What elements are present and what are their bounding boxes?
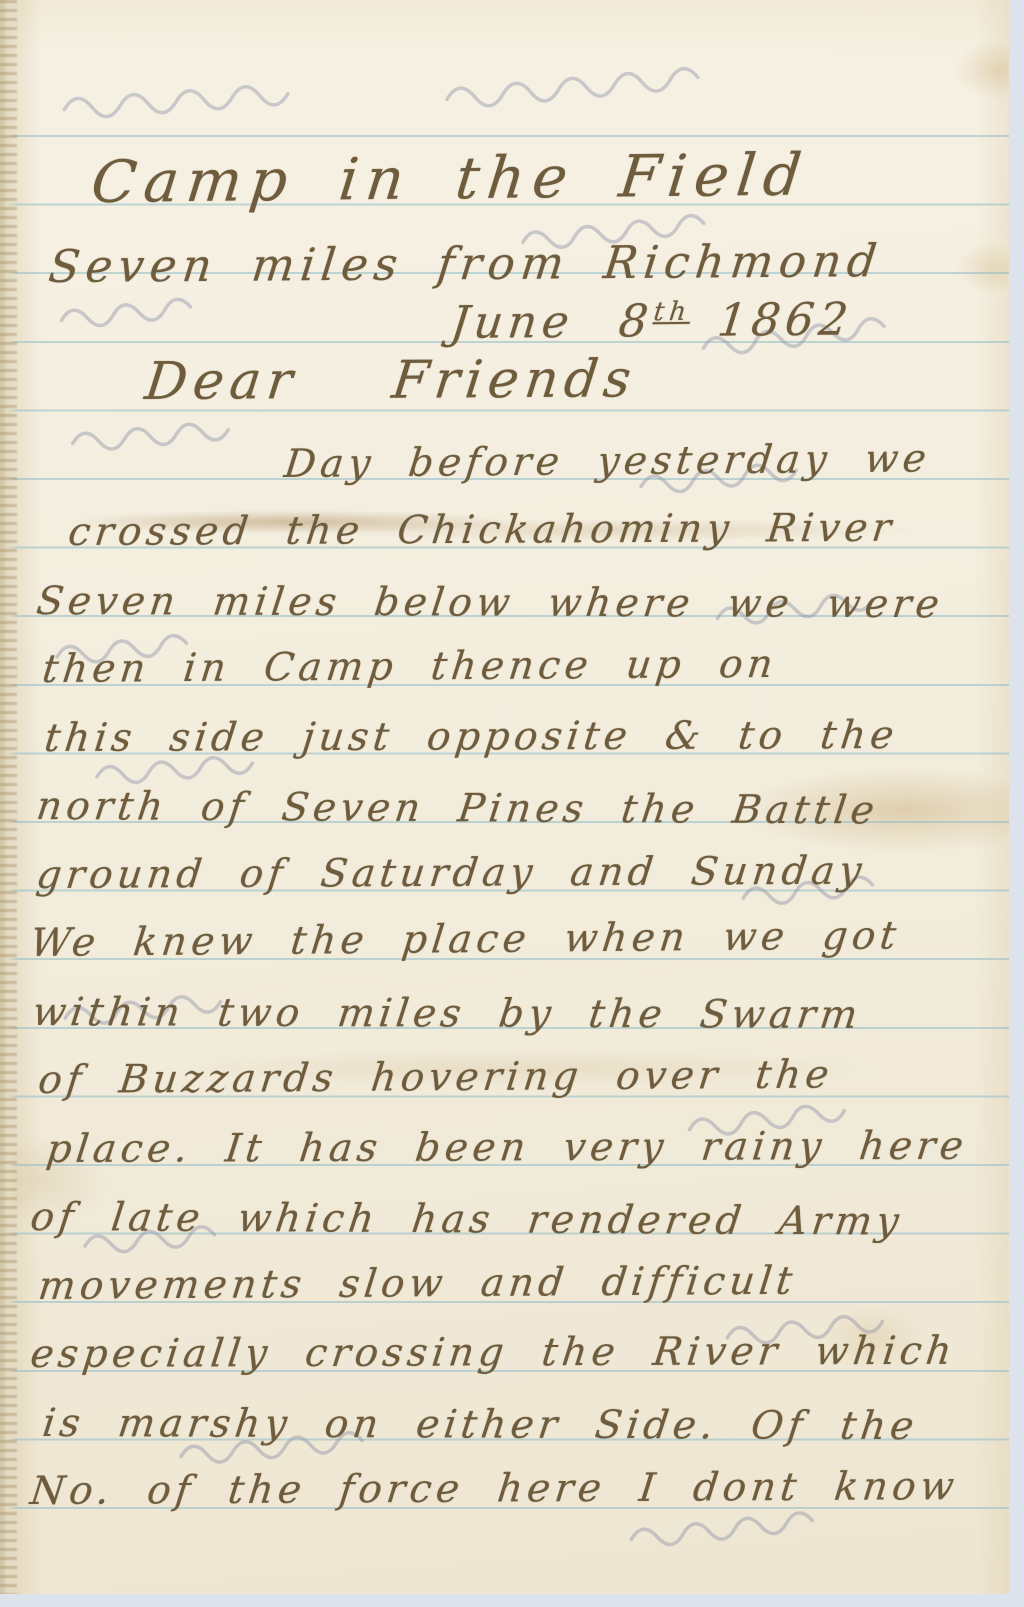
body-line: of late which has rendered Army	[28, 1195, 906, 1245]
body-line: then in Camp thence up on	[40, 642, 780, 692]
letter-dateline: June 8th 1862	[448, 293, 856, 349]
letter-heading-place: Camp in the Field	[88, 141, 813, 216]
body-line: this side just opposite & to the	[42, 713, 901, 761]
date-ordinal-suffix: th	[652, 297, 693, 327]
date-month-day: June 8	[448, 294, 656, 349]
letter-paper: Camp in the Field Seven miles from Richm…	[0, 0, 1009, 1594]
body-line: Seven miles below where we were	[34, 579, 946, 627]
body-line: within two miles by the Swarm	[30, 990, 864, 1038]
body-line: crossed the Chickahominy River	[66, 506, 898, 555]
torn-left-edge	[0, 0, 17, 1594]
body-line: No. of the force here I dont know	[28, 1464, 961, 1514]
body-line: of Buzzards hovering over the	[36, 1052, 836, 1103]
body-line: ground of Saturday and Sunday	[34, 849, 868, 898]
letter-heading-distance: Seven miles from Richmond	[46, 234, 885, 293]
body-line: We knew the place when we got	[28, 913, 903, 966]
body-line: especially crossing the River which	[28, 1329, 958, 1377]
date-year: 1862	[715, 293, 856, 347]
body-line: movements slow and difficult	[36, 1259, 799, 1309]
letter-text: Camp in the Field Seven miles from Richm…	[0, 0, 1009, 1594]
body-line: Day before yesterday we	[282, 436, 933, 487]
letter-salutation: Dear Friends	[142, 349, 640, 412]
body-line: north of Seven Pines the Battle	[34, 784, 881, 833]
body-line: place. It has been very rainy here	[44, 1124, 970, 1172]
body-line: is marshy on either Side. Of the	[40, 1401, 921, 1449]
